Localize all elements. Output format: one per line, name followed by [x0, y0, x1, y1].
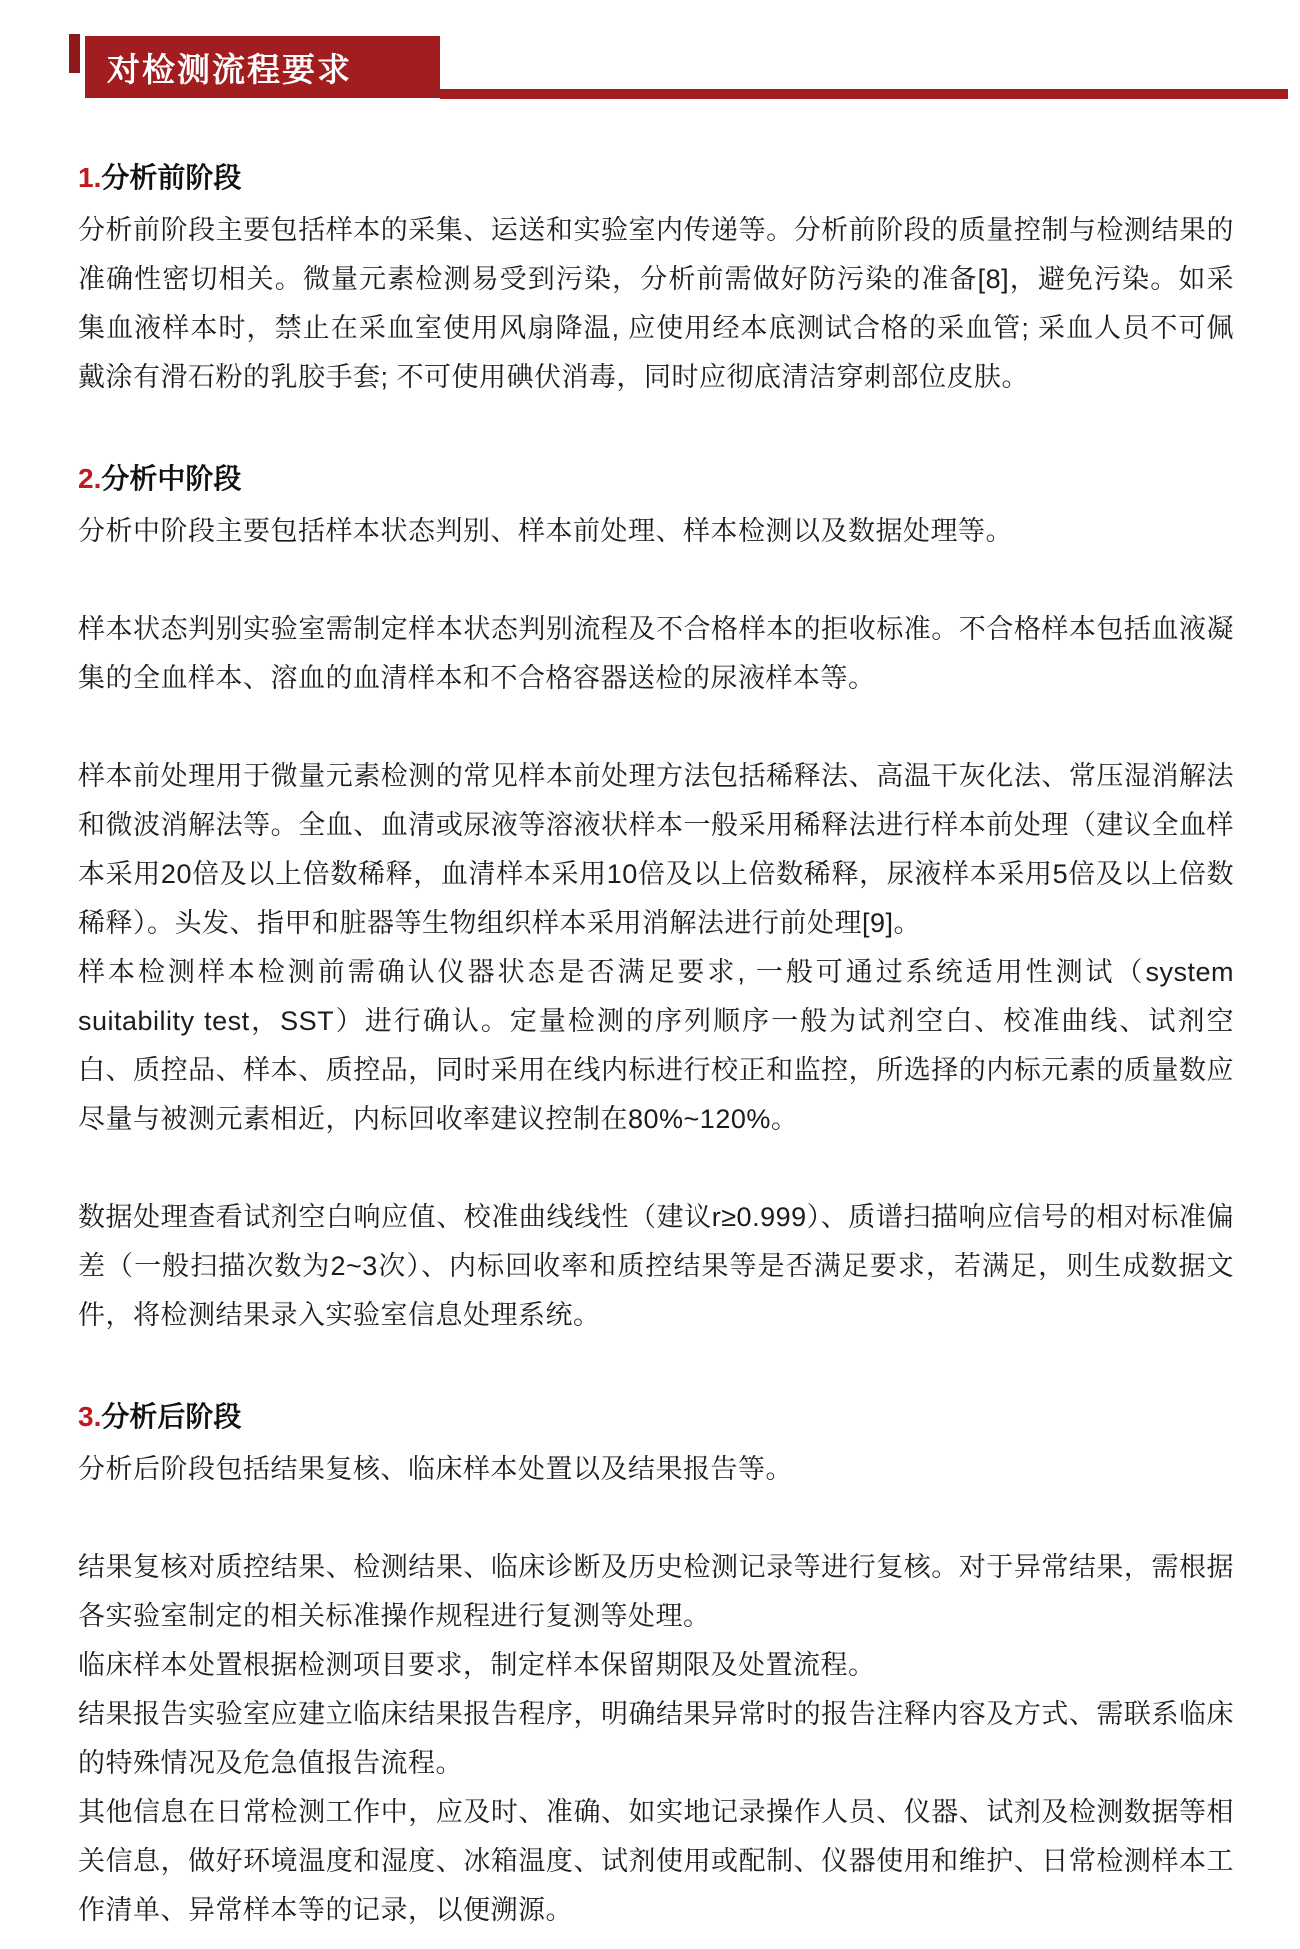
section-heading: 3.分析后阶段	[78, 1397, 1234, 1437]
section-title: 分析前阶段	[101, 162, 241, 193]
section-number: 3.	[78, 1401, 101, 1432]
document-content: 1.分析前阶段 分析前阶段主要包括样本的采集、运送和实验室内传递等。分析前阶段的…	[0, 158, 1300, 1935]
section-number: 2.	[78, 463, 101, 494]
section-post-analysis: 3.分析后阶段 分析后阶段包括结果复核、临床样本处置以及结果报告等。 结果复核对…	[78, 1397, 1234, 1935]
paragraph: 样本前处理用于微量元素检测的常见样本前处理方法包括稀释法、高温干灰化法、常压湿消…	[78, 752, 1234, 948]
paragraph: 分析后阶段包括结果复核、临床样本处置以及结果报告等。	[78, 1445, 1234, 1494]
paragraph: 分析前阶段主要包括样本的采集、运送和实验室内传递等。分析前阶段的质量控制与检测结…	[78, 206, 1234, 402]
section-mid-analysis: 2.分析中阶段 分析中阶段主要包括样本状态判别、样本前处理、样本检测以及数据处理…	[78, 459, 1234, 1340]
paragraph: 结果复核对质控结果、检测结果、临床诊断及历史检测记录等进行复核。对于异常结果，需…	[78, 1543, 1234, 1641]
section-heading: 2.分析中阶段	[78, 459, 1234, 499]
section-number: 1.	[78, 162, 101, 193]
paragraph-block: 样本状态判别实验室需制定样本状态判别流程及不合格样本的拒收标准。不合格样本包括血…	[78, 605, 1234, 703]
paragraph: 分析中阶段主要包括样本状态判别、样本前处理、样本检测以及数据处理等。	[78, 507, 1234, 556]
paragraph: 样本检测样本检测前需确认仪器状态是否满足要求, 一般可通过系统适用性测试（sys…	[78, 948, 1234, 1144]
header-banner: 对检测流程要求	[85, 36, 440, 98]
paragraph-block: 分析中阶段主要包括样本状态判别、样本前处理、样本检测以及数据处理等。	[78, 507, 1234, 556]
paragraph-block: 样本前处理用于微量元素检测的常见样本前处理方法包括稀释法、高温干灰化法、常压湿消…	[78, 752, 1234, 1144]
paragraph: 数据处理查看试剂空白响应值、校准曲线线性（建议r≥0.999）、质谱扫描响应信号…	[78, 1193, 1234, 1340]
section-heading: 1.分析前阶段	[78, 158, 1234, 198]
paragraph: 样本状态判别实验室需制定样本状态判别流程及不合格样本的拒收标准。不合格样本包括血…	[78, 605, 1234, 703]
section-title: 分析中阶段	[101, 463, 241, 494]
paragraph: 其他信息在日常检测工作中，应及时、准确、如实地记录操作人员、仪器、试剂及检测数据…	[78, 1788, 1234, 1935]
header-accent-bar	[69, 34, 80, 73]
header-underline-strip	[440, 89, 1288, 99]
section-pre-analysis: 1.分析前阶段 分析前阶段主要包括样本的采集、运送和实验室内传递等。分析前阶段的…	[78, 158, 1234, 402]
paragraph-block: 分析后阶段包括结果复核、临床样本处置以及结果报告等。	[78, 1445, 1234, 1494]
section-title: 分析后阶段	[101, 1401, 241, 1432]
paragraph: 结果报告实验室应建立临床结果报告程序，明确结果异常时的报告注释内容及方式、需联系…	[78, 1690, 1234, 1788]
document-header: 对检测流程要求	[0, 0, 1300, 99]
paragraph-block: 数据处理查看试剂空白响应值、校准曲线线性（建议r≥0.999）、质谱扫描响应信号…	[78, 1193, 1234, 1340]
paragraph-block: 分析前阶段主要包括样本的采集、运送和实验室内传递等。分析前阶段的质量控制与检测结…	[78, 206, 1234, 402]
paragraph: 临床样本处置根据检测项目要求，制定样本保留期限及处置流程。	[78, 1641, 1234, 1690]
document-page: 对检测流程要求 1.分析前阶段 分析前阶段主要包括样本的采集、运送和实验室内传递…	[0, 0, 1300, 1935]
page-title: 对检测流程要求	[85, 44, 352, 91]
paragraph-block: 结果复核对质控结果、检测结果、临床诊断及历史检测记录等进行复核。对于异常结果，需…	[78, 1543, 1234, 1935]
